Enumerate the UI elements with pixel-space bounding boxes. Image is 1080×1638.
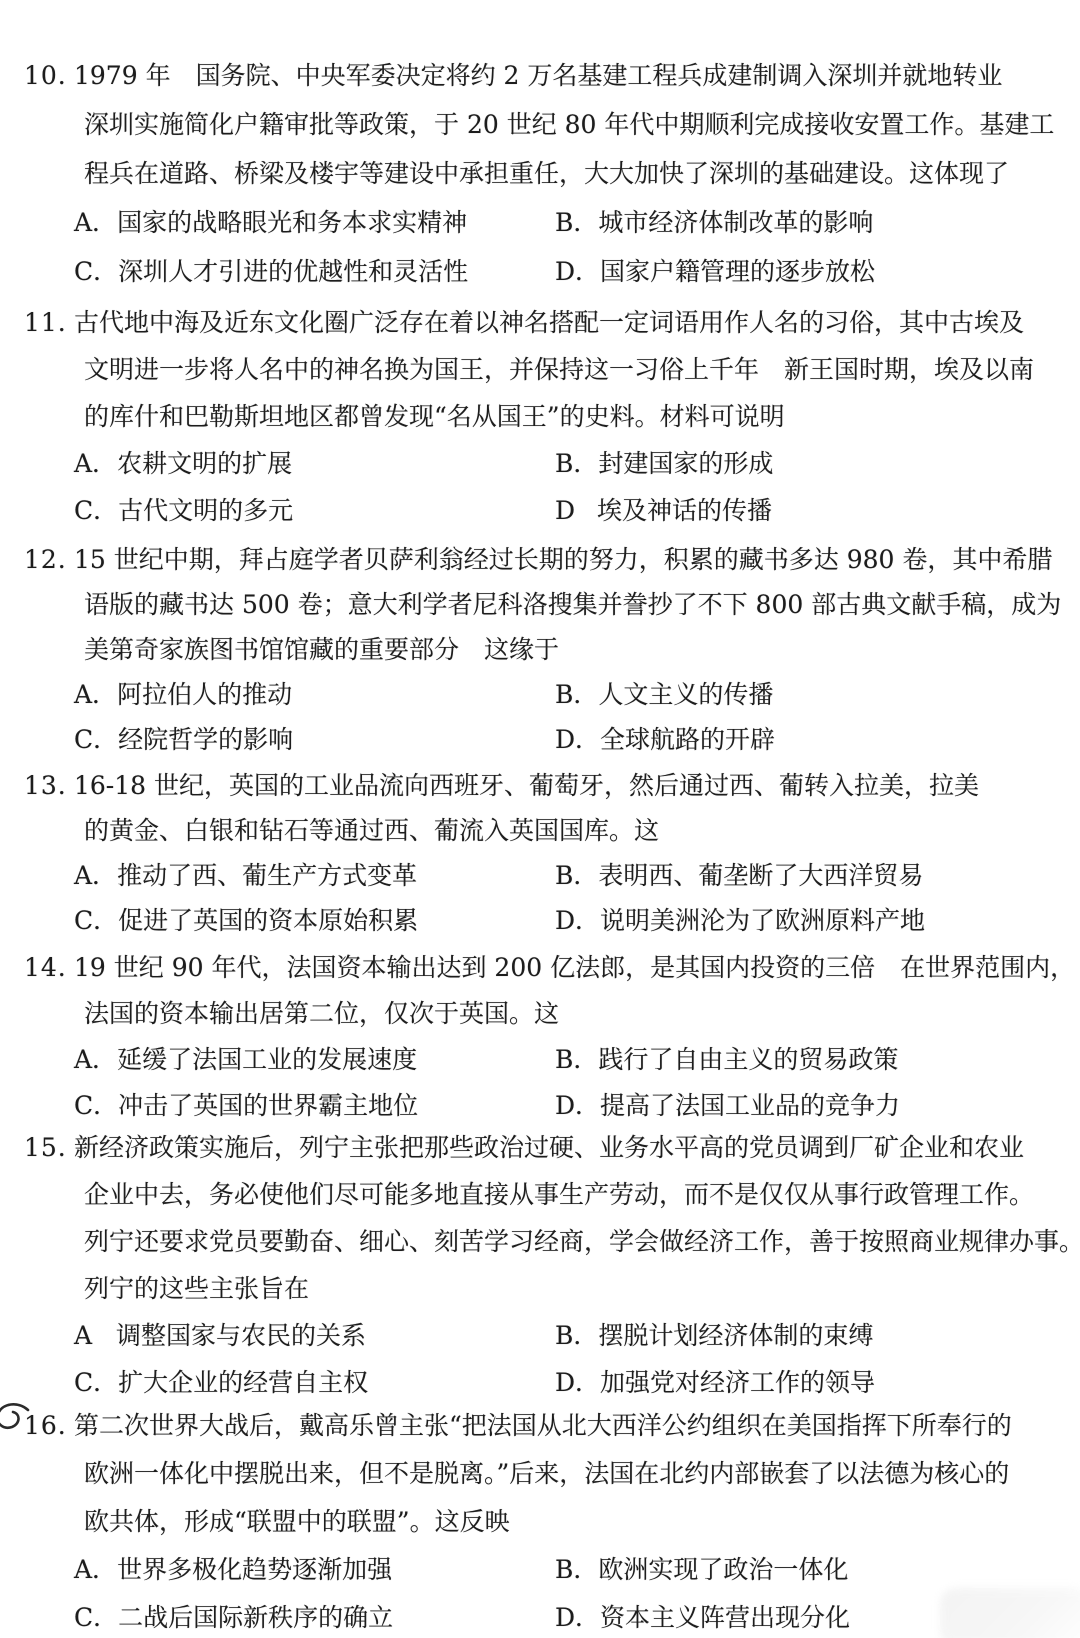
option-letter: D． [555,898,600,943]
stem-line: 语版的藏书达 500 卷；意大利学者尼科洛搜集并誊抄了不下 800 部古典文献手… [0,582,1080,627]
option-text: 提高了法国工业品的竞争力 [600,1091,900,1120]
option: A．世界多极化趋势逐渐加强 [74,1546,555,1594]
stem-line: 的黄金、白银和钻石等通过西、葡流入英国国库。这 [0,808,1080,853]
question-number: 14. [24,945,67,991]
exam-page: 10. 1979 年 国务院、中央军委决定将约 2 万名基建工程兵成建制调入深圳… [0,0,1080,1638]
option-letter: C． [74,1083,118,1129]
option: D．国家户籍管理的逐步放松 [555,247,875,296]
option-text: 资本主义阵营出现分化 [600,1603,850,1632]
option-letter: C． [74,1359,118,1406]
options-row: C．古代文明的多元D埃及神话的传播 [0,487,1080,534]
question-options: A．国家的战略眼光和务本求实精神B．城市经济体制改革的影响C．深圳人才引进的优越… [0,198,1080,296]
option-text: 世界多极化趋势逐渐加强 [117,1555,392,1584]
option: B．欧洲实现了政治一体化 [555,1546,848,1594]
option-text: 延缓了法国工业的发展速度 [117,1045,417,1074]
option-text: 封建国家的形成 [598,449,773,478]
option-text: 说明美洲沦为了欧洲原料产地 [600,906,925,935]
option-text: 促进了英国的资本原始积累 [118,906,418,935]
handwritten-mark [0,1402,32,1438]
option-letter: D． [555,717,600,762]
option: B．城市经济体制改革的影响 [555,198,873,247]
option-letter: A． [74,198,117,247]
option: C．促进了英国的资本原始积累 [74,898,555,943]
option-text: 阿拉伯人的推动 [117,680,292,709]
question-stem: 第二次世界大战后，戴高乐曾主张“把法国从北大西洋公约组织在美国指挥下所奉行的欧洲… [0,1402,1080,1546]
stem-line: 列宁的这些主张旨在 [0,1265,1080,1312]
options-row: C．扩大企业的经营自主权D．加强党对经济工作的领导 [0,1359,1080,1406]
question-stem: 古代地中海及近东文化圈广泛存在着以神名搭配一定词语用作人名的习俗，其中古埃及文明… [0,299,1080,440]
option: C．冲击了英国的世界霸主地位 [74,1083,555,1129]
option: C．深圳人才引进的优越性和灵活性 [74,247,555,296]
option: D．加强党对经济工作的领导 [555,1359,875,1406]
option: A．推动了西、葡生产方式变革 [74,853,555,898]
question-options: A．推动了西、葡生产方式变革B．表明西、葡垄断了大西洋贸易C．促进了英国的资本原… [0,853,1080,943]
option: B．人文主义的传播 [555,672,773,717]
question: 11. 古代地中海及近东文化圈广泛存在着以神名搭配一定词语用作人名的习俗，其中古… [0,299,1080,534]
option-text: 人文主义的传播 [598,680,773,709]
question: 15. 新经济政策实施后，列宁主张把那些政治过硬、业务水平高的党员调到厂矿企业和… [0,1124,1080,1406]
option: D．说明美洲沦为了欧洲原料产地 [555,898,925,943]
option-letter: B． [555,198,598,247]
question-stem: 16-18 世纪，英国的工业品流向西班牙、葡萄牙，然后通过西、葡转入拉美，拉美的… [0,763,1080,853]
question-options: A．延缓了法国工业的发展速度B．践行了自由主义的贸易政策C．冲击了英国的世界霸主… [0,1037,1080,1129]
stem-line: 欧共体，形成“联盟中的联盟”。这反映 [0,1498,1080,1546]
options-row: A．国家的战略眼光和务本求实精神B．城市经济体制改革的影响 [0,198,1080,247]
watermark-blob [940,1588,1080,1638]
option: C．古代文明的多元 [74,487,555,534]
option-text: 全球航路的开辟 [600,725,775,754]
option-letter: B． [555,1546,598,1594]
option-text: 埃及神话的传播 [597,496,772,525]
option-text: 表明西、葡垄断了大西洋贸易 [598,861,923,890]
option-letter: D． [555,1083,600,1129]
question-stem: 19 世纪 90 年代，法国资本输出达到 200 亿法郎，是其国内投资的三倍 在… [0,945,1080,1037]
question: 13. 16-18 世纪，英国的工业品流向西班牙、葡萄牙，然后通过西、葡转入拉美… [0,763,1080,943]
option: A．农耕文明的扩展 [74,440,555,487]
question-number: 15. [24,1124,67,1171]
question-stem: 15 世纪中期，拜占庭学者贝萨利翁经过长期的努力，积累的藏书多达 980 卷，其… [0,537,1080,672]
question-options: A．世界多极化趋势逐渐加强B．欧洲实现了政治一体化C．二战后国际新秩序的确立D．… [0,1546,1080,1638]
option: D．提高了法国工业品的竞争力 [555,1083,900,1129]
option: A调整国家与农民的关系 [74,1312,555,1359]
option: B．摆脱计划经济体制的束缚 [555,1312,873,1359]
question-stem: 1979 年 国务院、中央军委决定将约 2 万名基建工程兵成建制调入深圳并就地转… [0,51,1080,198]
option-text: 推动了西、葡生产方式变革 [117,861,417,890]
options-row: A调整国家与农民的关系B．摆脱计划经济体制的束缚 [0,1312,1080,1359]
option: D．资本主义阵营出现分化 [555,1594,850,1638]
stem-line: 深圳实施简化户籍审批等政策，于 20 世纪 80 年代中期顺利完成接收安置工作。… [0,100,1080,149]
option: B．封建国家的形成 [555,440,773,487]
option-letter: A． [74,853,117,898]
option: C．二战后国际新秩序的确立 [74,1594,555,1638]
option-letter: B． [555,853,598,898]
stem-line: 1979 年 国务院、中央军委决定将约 2 万名基建工程兵成建制调入深圳并就地转… [0,51,1080,100]
option-letter: C． [74,247,118,296]
options-row: A．推动了西、葡生产方式变革B．表明西、葡垄断了大西洋贸易 [0,853,1080,898]
option-letter: B． [555,1037,598,1083]
option-text: 古代文明的多元 [118,496,293,525]
option-letter: C． [74,898,118,943]
option-text: 扩大企业的经营自主权 [118,1368,368,1397]
stem-line: 欧洲一体化中摆脱出来，但不是脱离。”后来，法国在北约内部嵌套了以法德为核心的 [0,1450,1080,1498]
stem-line: 新经济政策实施后，列宁主张把那些政治过硬、业务水平高的党员调到厂矿企业和农业 [0,1124,1080,1171]
option-text: 摆脱计划经济体制的束缚 [598,1321,873,1350]
option-text: 国家户籍管理的逐步放松 [600,257,875,286]
stem-line: 16-18 世纪，英国的工业品流向西班牙、葡萄牙，然后通过西、葡转入拉美，拉美 [0,763,1080,808]
option: B．践行了自由主义的贸易政策 [555,1037,898,1083]
question: 14. 19 世纪 90 年代，法国资本输出达到 200 亿法郎，是其国内投资的… [0,945,1080,1129]
stem-line: 美第奇家族图书馆馆藏的重要部分 这缘于 [0,627,1080,672]
option-letter: A． [74,440,117,487]
question: 12. 15 世纪中期，拜占庭学者贝萨利翁经过长期的努力，积累的藏书多达 980… [0,537,1080,762]
option-text: 践行了自由主义的贸易政策 [598,1045,898,1074]
question-number: 10. [24,51,67,100]
option-text: 二战后国际新秩序的确立 [118,1603,393,1632]
options-row: A．阿拉伯人的推动B．人文主义的传播 [0,672,1080,717]
option-letter: D [555,487,597,534]
option: A．国家的战略眼光和务本求实精神 [74,198,555,247]
question: 10. 1979 年 国务院、中央军委决定将约 2 万名基建工程兵成建制调入深圳… [0,51,1080,296]
option-letter: C． [74,717,118,762]
options-row: C．二战后国际新秩序的确立D．资本主义阵营出现分化 [0,1594,1080,1638]
stem-line: 15 世纪中期，拜占庭学者贝萨利翁经过长期的努力，积累的藏书多达 980 卷，其… [0,537,1080,582]
option-text: 国家的战略眼光和务本求实精神 [117,208,467,237]
options-row: C．冲击了英国的世界霸主地位D．提高了法国工业品的竞争力 [0,1083,1080,1129]
stem-line: 程兵在道路、桥梁及楼宇等建设中承担重任，大大加快了深圳的基础建设。这体现了 [0,149,1080,198]
option-text: 经院哲学的影响 [118,725,293,754]
option-letter: B． [555,1312,598,1359]
question-number: 11. [24,299,67,346]
option: D埃及神话的传播 [555,487,772,534]
option-text: 深圳人才引进的优越性和灵活性 [118,257,468,286]
options-row: A．延缓了法国工业的发展速度B．践行了自由主义的贸易政策 [0,1037,1080,1083]
option-letter: D． [555,247,600,296]
question-options: A．阿拉伯人的推动B．人文主义的传播C．经院哲学的影响D．全球航路的开辟 [0,672,1080,762]
option-letter: A． [74,1037,117,1083]
stem-line: 企业中去，务必使他们尽可能多地直接从事生产劳动，而不是仅仅从事行政管理工作。 [0,1171,1080,1218]
option: A．延缓了法国工业的发展速度 [74,1037,555,1083]
stem-line: 古代地中海及近东文化圈广泛存在着以神名搭配一定词语用作人名的习俗，其中古埃及 [0,299,1080,346]
option-letter: D． [555,1359,600,1406]
option-letter: A． [74,672,117,717]
option-letter: A [74,1312,116,1359]
option: B．表明西、葡垄断了大西洋贸易 [555,853,923,898]
question-options: A调整国家与农民的关系B．摆脱计划经济体制的束缚C．扩大企业的经营自主权D．加强… [0,1312,1080,1406]
options-row: C．促进了英国的资本原始积累D．说明美洲沦为了欧洲原料产地 [0,898,1080,943]
question-stem: 新经济政策实施后，列宁主张把那些政治过硬、业务水平高的党员调到厂矿企业和农业企业… [0,1124,1080,1312]
stem-line: 文明进一步将人名中的神名换为国王，并保持这一习俗上千年 新王国时期，埃及以南 [0,346,1080,393]
options-row: A．农耕文明的扩展B．封建国家的形成 [0,440,1080,487]
question: 16. 第二次世界大战后，戴高乐曾主张“把法国从北大西洋公约组织在美国指挥下所奉… [0,1402,1080,1638]
option-letter: D． [555,1594,600,1638]
options-row: A．世界多极化趋势逐渐加强B．欧洲实现了政治一体化 [0,1546,1080,1594]
option: D．全球航路的开辟 [555,717,775,762]
stem-line: 法国的资本输出居第二位，仅次于英国。这 [0,991,1080,1037]
option-text: 欧洲实现了政治一体化 [598,1555,848,1584]
option-letter: C． [74,487,118,534]
options-row: C．深圳人才引进的优越性和灵活性D．国家户籍管理的逐步放松 [0,247,1080,296]
stem-line: 第二次世界大战后，戴高乐曾主张“把法国从北大西洋公约组织在美国指挥下所奉行的 [0,1402,1080,1450]
question-options: A．农耕文明的扩展B．封建国家的形成C．古代文明的多元D埃及神话的传播 [0,440,1080,534]
option-text: 城市经济体制改革的影响 [598,208,873,237]
option: C．扩大企业的经营自主权 [74,1359,555,1406]
option-text: 冲击了英国的世界霸主地位 [118,1091,418,1120]
stem-line: 的库什和巴勒斯坦地区都曾发现“名从国王”的史料。材料可说明 [0,393,1080,440]
option-text: 加强党对经济工作的领导 [600,1368,875,1397]
question-number: 13. [24,763,67,808]
option: C．经院哲学的影响 [74,717,555,762]
stem-line: 19 世纪 90 年代，法国资本输出达到 200 亿法郎，是其国内投资的三倍 在… [0,945,1080,991]
option-letter: A． [74,1546,117,1594]
option-letter: C． [74,1594,118,1638]
option-letter: B． [555,440,598,487]
question-number: 12. [24,537,67,582]
option-letter: B． [555,672,598,717]
option: A．阿拉伯人的推动 [74,672,555,717]
option-text: 调整国家与农民的关系 [116,1321,366,1350]
option-text: 农耕文明的扩展 [117,449,292,478]
stem-line: 列宁还要求党员要勤奋、细心、刻苦学习经商，学会做经济工作，善于按照商业规律办事。 [0,1218,1080,1265]
options-row: C．经院哲学的影响D．全球航路的开辟 [0,717,1080,762]
